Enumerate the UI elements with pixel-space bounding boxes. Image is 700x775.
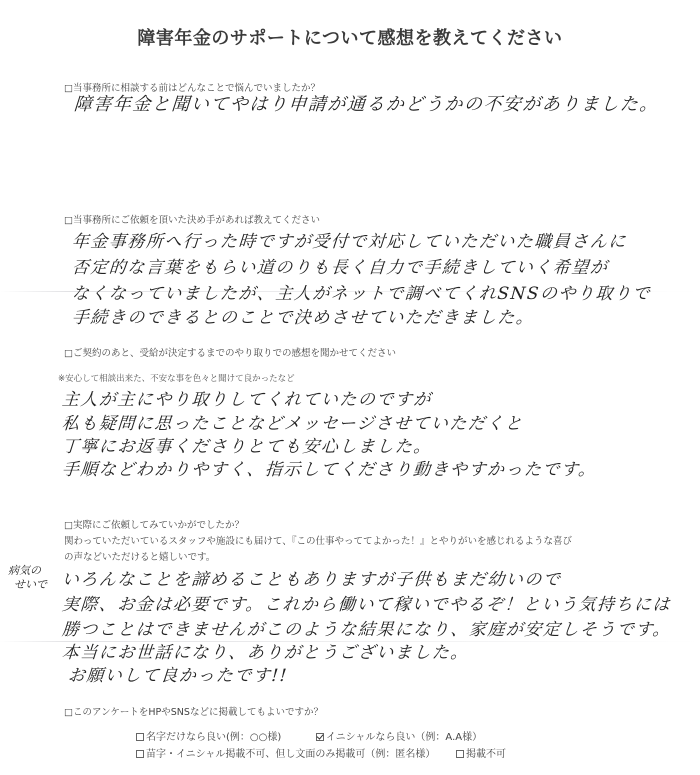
answer-deciding-line-1: 年金事務所へ行った時ですが受付で対応していただいた職員さんに — [71, 227, 628, 252]
question-deciding-factor: □当事務所にご依頼を頂いた決め手があれば教えてください — [64, 212, 320, 226]
answer-overall-line-4: 本当にお世話になり、ありがとうございました。 — [61, 638, 470, 663]
answer-overall-line-1: いろんなことを諦めることもありますが子供もまだ幼いので — [61, 565, 562, 590]
question-overall-detail-1: 関わっていただいているスタッフや施設にも届けて、『この仕事やっててよかった！』と… — [64, 533, 572, 547]
consent-option-text-only[interactable]: 苗字・イニシャル掲載不可、但し文面のみ掲載可（例：匿名様） — [136, 745, 435, 760]
side-note-line-2: せいで — [14, 578, 47, 592]
question-process-impressions: □ご契約のあと、受給が決定するまでのやり取りでの感想を聞かせてください — [64, 345, 396, 359]
answer-deciding-line-4: 手続きのできるとのことで決めさせていただきました。 — [71, 303, 535, 328]
side-note-line-1: 病気の — [8, 564, 41, 578]
consent-option-label: 掲載不可 — [466, 749, 506, 760]
question-consent: □このアンケートをHPやSNSなどに掲載してもよいですか？ — [64, 704, 323, 718]
question-process-note: ※安心して相談出来た、不安な事を色々と聞けて良かったなど — [58, 372, 295, 384]
answer-deciding-line-3: なくなっていましたが、主人がネットで調べてくれSNSのやり取りで — [71, 279, 652, 304]
question-overall: □実際にご依頼してみていかがでしたか？ — [64, 517, 244, 531]
consent-option-label: 名字だけなら良い(例：○○様) — [146, 732, 281, 743]
consent-option-label: イニシャルなら良い（例：A.A様） — [326, 732, 482, 743]
consent-option-no-publish[interactable]: 掲載不可 — [456, 745, 506, 760]
page-title: 障害年金のサポートについて感想を教えてください — [0, 24, 700, 50]
answer-process-line-1: 主人が主にやり取りしてくれていたのですが — [61, 385, 433, 410]
answer-process-line-2: 私も疑問に思ったことなどメッセージさせていただくと — [61, 409, 524, 434]
answer-process-line-3: 丁寧にお返事くださりとても安心しました。 — [61, 432, 433, 457]
checkbox-icon[interactable] — [456, 750, 464, 758]
consent-option-label: 苗字・イニシャル掲載不可、但し文面のみ掲載可（例：匿名様） — [146, 749, 435, 760]
checkbox-icon[interactable] — [136, 733, 144, 741]
answer-worries-line-1: 障害年金と聞いてやはり申請が通るかどうかの不安がありました。 — [73, 90, 660, 116]
checkbox-icon[interactable] — [136, 750, 144, 758]
answer-process-line-4: 手順などわかりやすく、指示してくださり動きやすかったです。 — [61, 455, 598, 480]
consent-option-initials[interactable]: イニシャルなら良い（例：A.A様） — [316, 728, 482, 743]
checkbox-checked-icon[interactable] — [316, 733, 324, 741]
answer-overall-line-2: 実際、お金は必要です。これから働いて稼いでやるぞ！という気持ちには — [61, 590, 672, 615]
answer-overall-line-3: 勝つことはできませんがこのような結果になり、家庭が安定しそうです。 — [61, 615, 672, 640]
consent-option-surname[interactable]: 名字だけなら良い(例：○○様) — [136, 728, 281, 743]
answer-deciding-line-2: 否定的な言葉をもらい道のりも長く自力で手続きしていく希望が — [71, 253, 609, 278]
answer-overall-line-5: お願いして良かったです!! — [67, 661, 289, 686]
question-overall-detail-2: の声などいただけると嬉しいです。 — [64, 549, 215, 563]
